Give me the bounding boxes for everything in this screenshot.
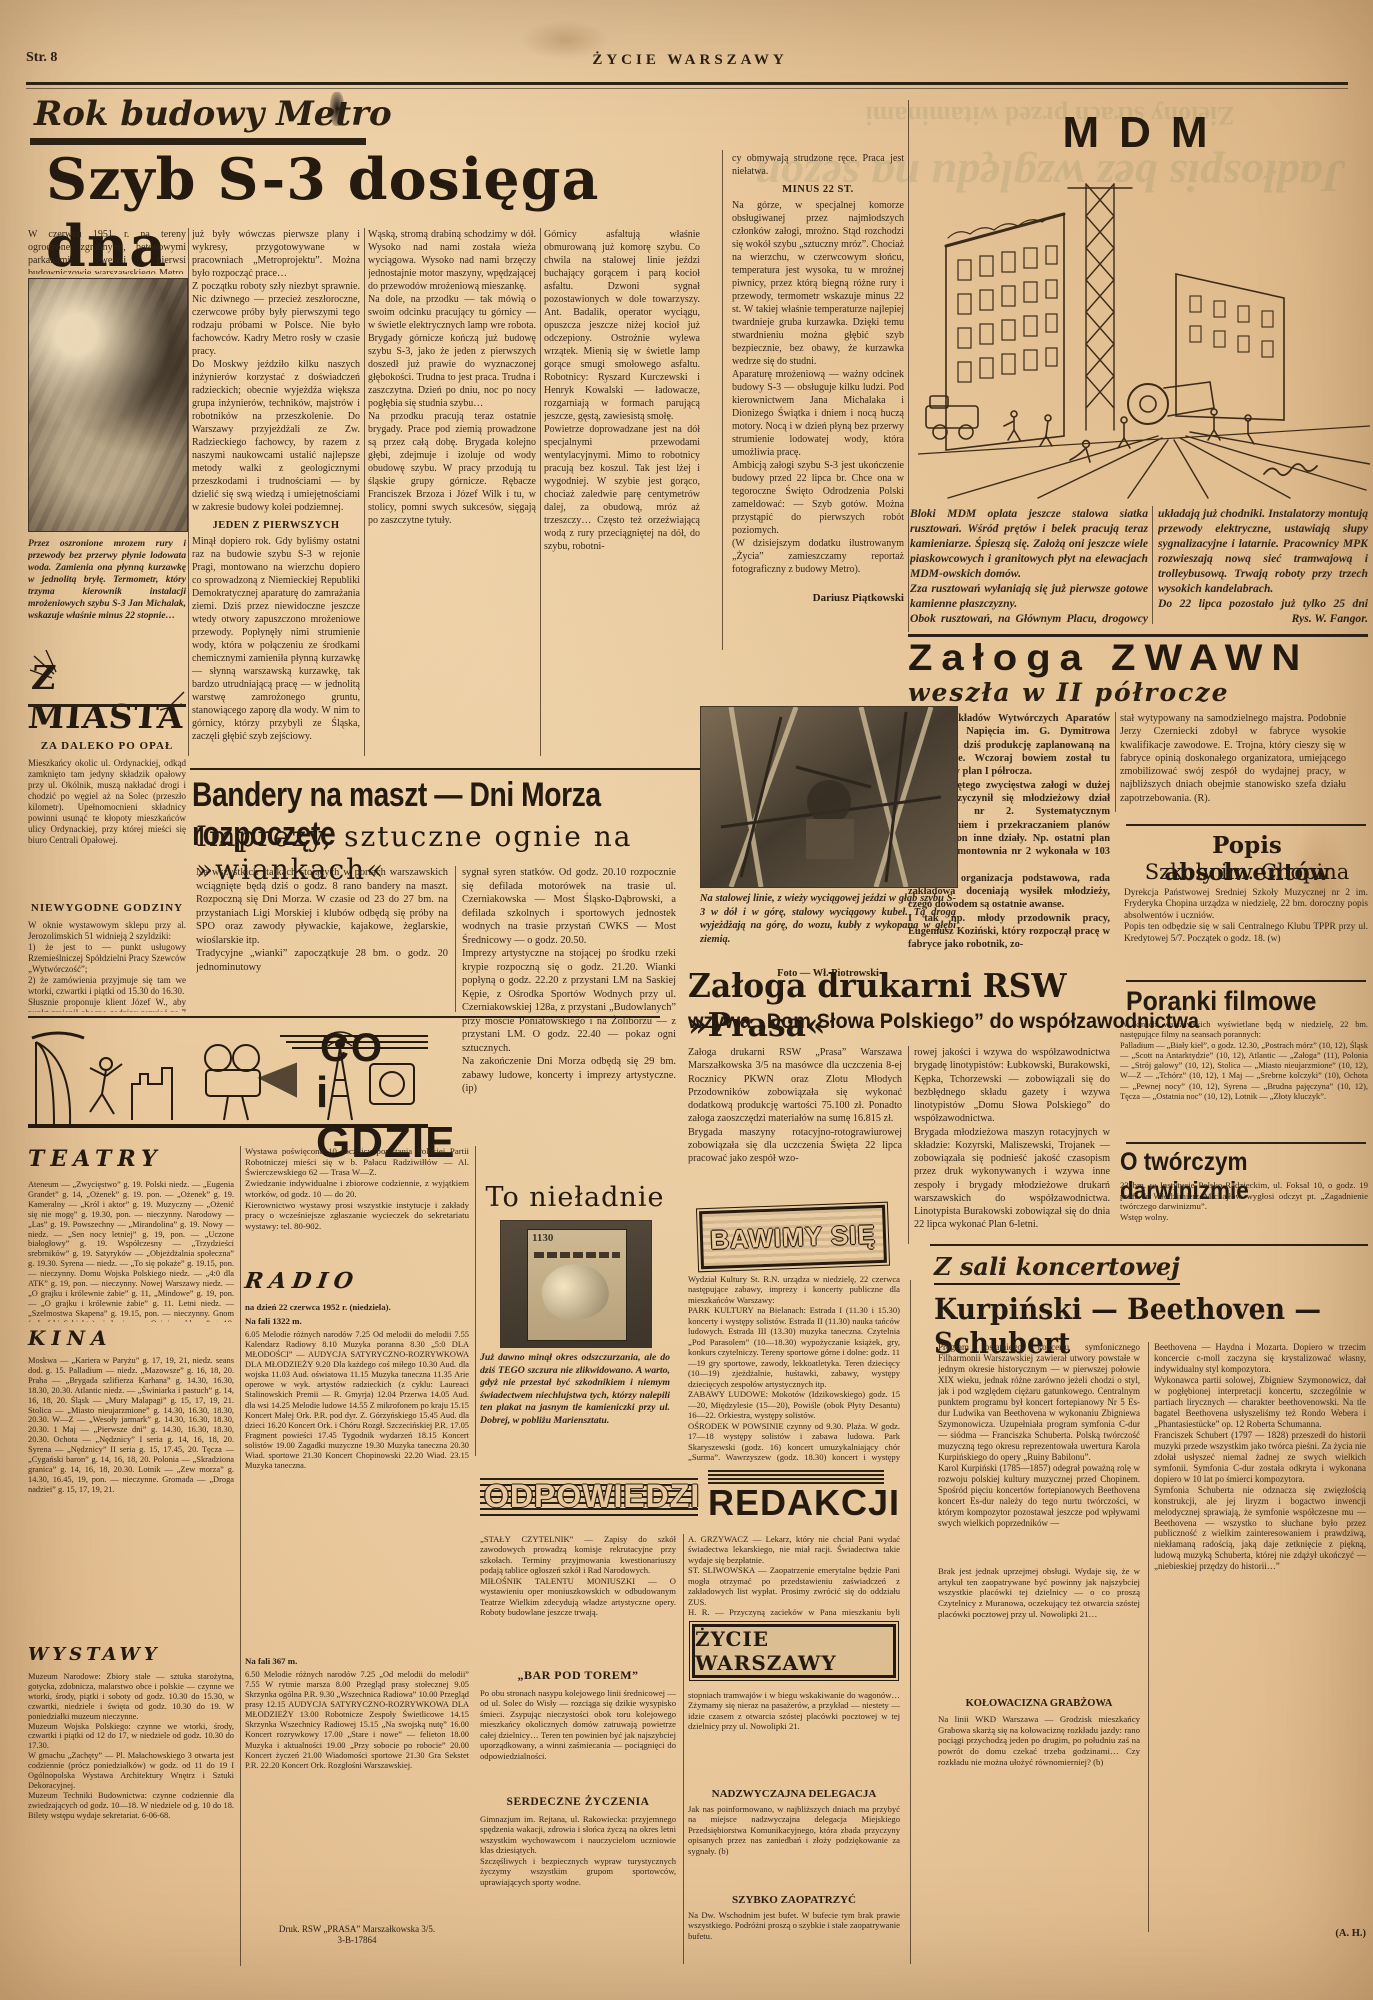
mdm-caption-right: układają już chodniki. Instalatorzy mont… bbox=[1158, 506, 1368, 610]
zwawn-subhead: weszła w II półrocze bbox=[908, 678, 1229, 707]
metro-kicker-underline bbox=[30, 138, 366, 145]
teatry-listings: Ateneum — „Zwycięstwo” g. 19. Polski nie… bbox=[28, 1180, 234, 1322]
odpowiedzi-banner-word1: ODPOWIEDZI bbox=[484, 1478, 700, 1515]
zaopatrzyc-header: SZYBKO ZAOPATRZYĆ bbox=[688, 1894, 900, 1906]
column-rule bbox=[455, 866, 456, 1012]
poranki-body: W kinach warszawskich wyświetlane będą w… bbox=[1120, 1020, 1368, 1136]
zmiasta-banner: ​ Z MIASTA bbox=[28, 648, 186, 714]
radio-date: na dzień 22 czerwca 1952 r. (niedziela). bbox=[245, 1302, 469, 1313]
metro-subhead-jeden: JEDEN Z PIERWSZYCH bbox=[192, 520, 360, 531]
bar-pod-torem-body: Po obu stronach nasypu kolejowego linii … bbox=[480, 1688, 676, 1788]
koncert-kicker: Z sali koncertowej bbox=[934, 1252, 1180, 1285]
zmiasta-body-1: Mieszkańcy okolic ul. Ordynackiej, odkąd… bbox=[28, 758, 186, 898]
radio-wave-1: Na fali 1322 m. bbox=[245, 1316, 302, 1326]
metro-column-2: już były wówczas pierwsze plany i wykres… bbox=[192, 228, 360, 758]
mdm-street-drawing bbox=[918, 168, 1370, 500]
darwin-body: 23 bm. w Instytucie Polsko-Radzieckim, u… bbox=[1120, 1180, 1368, 1236]
zmiasta-subhead-2: NIEWYGODNE GODZINY bbox=[28, 902, 186, 914]
column-rule bbox=[722, 150, 723, 650]
zmiasta-body-2: W oknie wystawowym sklepu przy al. Jeroz… bbox=[28, 920, 186, 1012]
metro-col2-text-a: już były wówczas pierwsze plany i wykres… bbox=[192, 228, 360, 514]
metro-col5-text-a: cy obmywają strudzone ręce. Praca jest n… bbox=[732, 152, 904, 178]
header-rule-thin bbox=[26, 88, 1348, 89]
section-rule bbox=[930, 1244, 1368, 1246]
metro-col5-text-b: Na górze, w specjalnej komorze obsługiwa… bbox=[732, 199, 904, 576]
delegacja-body: Jak nas poinformowano, w najbliższych dn… bbox=[688, 1804, 900, 1888]
prasa-column-1: Załoga drukarni RSW „Prasa” Warszawa Mar… bbox=[688, 1046, 902, 1204]
column-rule bbox=[188, 228, 189, 756]
metro-kicker: Rok budowy Metro bbox=[34, 94, 392, 134]
wystawy-header: WYSTAWY bbox=[28, 1644, 161, 1665]
metro-column-4: Górnicy asfaltują właśnie obmurowaną już… bbox=[544, 228, 700, 755]
chopin-body: Dyrekcja Państwowej Średniej Szkoły Muzy… bbox=[1124, 888, 1368, 976]
tonieladnie-header: To nieładnie bbox=[482, 1182, 668, 1213]
kina-header: KINA bbox=[28, 1326, 113, 1350]
mdm-headline: MDM bbox=[930, 108, 1360, 158]
metro-intro: W czerwcu 1951 r. na tereny ogrodzone zg… bbox=[28, 228, 186, 274]
koncert-note: Brak jest jednak uprzejmej obsługi. Wyda… bbox=[938, 1566, 1140, 1690]
bandery-column-1: Na wszystkich statkach stojących w porta… bbox=[196, 866, 448, 1014]
odpowiedzi-column-1: „STAŁY CZYTELNIK” — Zapisy do szkół zawo… bbox=[480, 1534, 676, 1662]
koncert-column-1: Program ostatniego koncertu symfoniczneg… bbox=[938, 1342, 1140, 1558]
column-rule bbox=[908, 1046, 909, 1244]
koncert-byline: (A. H.) bbox=[1154, 1928, 1366, 1939]
coigdzie-text-co: CO bbox=[320, 1026, 384, 1071]
crane-photo bbox=[700, 706, 958, 888]
workers-photo-caption: Przez oszronione mrozem rury i przewody … bbox=[28, 538, 186, 640]
odpowiedzi-column-2: A. GRZYWACZ — Lekarz, który nie chciał P… bbox=[688, 1534, 900, 1618]
sidebar-rule bbox=[1126, 980, 1366, 982]
masthead-title: ŻYCIE WARSZAWY bbox=[560, 52, 820, 69]
odpowiedzi-banner: ODPOWIEDZI REDAKCJI bbox=[480, 1470, 884, 1524]
kina-listings: Moskwa — „Kariera w Paryżu” g. 17, 19, 2… bbox=[28, 1356, 234, 1638]
metro-col2-text-b: Minął dopiero rok. Gdy byliśmy ostatni r… bbox=[192, 535, 360, 743]
zaopatrzyc-body: Na Dw. Wschodnim jest bufet. W bufecie t… bbox=[688, 1910, 900, 1964]
imprint: Druk. RSW „PRASA” Marszałkowska 3/5. 3-B… bbox=[245, 1924, 469, 1946]
radio-program-1: 6.05 Melodie różnych narodów 7.25 Od mel… bbox=[245, 1330, 469, 1652]
radio-wave-2: Na fali 367 m. bbox=[245, 1656, 297, 1666]
zwawn-headline: Załoga ZWAWN bbox=[908, 638, 1370, 679]
bawimy-body: Wydział Kultury St. R.N. urządza w niedz… bbox=[688, 1274, 900, 1464]
bawimy-logo: BAWIMY SIĘ bbox=[699, 1205, 887, 1269]
column-rule bbox=[1115, 712, 1116, 812]
zwawn-column-2: stał wytypowany na samodzielnego majstra… bbox=[1120, 712, 1346, 816]
bawimy-logo-text: BAWIMY SIĘ bbox=[710, 1219, 877, 1256]
koncert-column-2: Beethovena — Haydna i Mozarta. Dopiero w… bbox=[1154, 1342, 1366, 1922]
zyczenia-header: SERDECZNE ŻYCZENIA bbox=[480, 1796, 676, 1808]
bar-pod-torem-header: „BAR POD TOREM” bbox=[480, 1668, 676, 1683]
wystawy-listings: Muzeum Narodowe: Zbiory stałe — sztuka s… bbox=[28, 1672, 234, 1972]
metro-column-5: cy obmywają strudzone ręce. Praca jest n… bbox=[732, 152, 904, 588]
mdm-credit: Rys. W. Fangor. bbox=[1158, 612, 1368, 625]
metro-byline: Dariusz Piątkowski bbox=[732, 592, 904, 604]
zmiasta-subhead-1: ZA DALEKO PO OPAŁ bbox=[28, 740, 186, 752]
zw-mini-masthead-box: ŻYCIE WARSZAWY bbox=[692, 1624, 896, 1678]
rat-poster-photo: 1130 bbox=[500, 1220, 652, 1348]
ppr-exhibit-note: Wystawa poświęcona 10 rocznicy powstania… bbox=[245, 1146, 469, 1264]
page-number: Str. 8 bbox=[26, 50, 57, 66]
tram-note: stopniach tramwajów i w biegu wskakiwani… bbox=[688, 1690, 900, 1782]
rat-figure bbox=[536, 1257, 614, 1327]
sidebar-rule bbox=[1126, 824, 1366, 826]
column-rule bbox=[475, 1146, 476, 1456]
metro-column-3: Wąską, stromą drabiną schodzimy w dół. W… bbox=[368, 228, 536, 758]
column-rule bbox=[1148, 1342, 1149, 1932]
column-rule bbox=[910, 1280, 911, 1964]
section-rule bbox=[28, 1016, 660, 1018]
coigdzie-banner: CO i GDZIE bbox=[28, 1024, 458, 1136]
sidebar-rule bbox=[1126, 1142, 1366, 1144]
poster-number: 1130 bbox=[528, 1230, 626, 1246]
header-rule bbox=[26, 82, 1348, 85]
mdm-caption-left: Bloki MDM oplata jeszcze stalowa siatka … bbox=[910, 506, 1148, 630]
metro-subhead-minus22: MINUS 22 ST. bbox=[732, 184, 904, 195]
kolowacizna-body: Na linii WKD Warszawa — Grodzisk mieszka… bbox=[938, 1714, 1140, 1854]
tonieladnie-caption: Już dawno minął okres odszczurzania, ale… bbox=[480, 1352, 670, 1464]
column-rule bbox=[240, 1146, 241, 1966]
chopin-headline-2: Szkoły im. Chopina bbox=[1126, 860, 1368, 884]
kolowacizna-header: KOŁOWACIZNA GRABŻOWA bbox=[938, 1698, 1140, 1709]
prasa-column-2: rowej jakości i wzywa do współzawodnictw… bbox=[914, 1046, 1110, 1246]
column-rule bbox=[540, 228, 541, 756]
column-rule bbox=[364, 228, 365, 756]
teatry-header: TEATRY bbox=[28, 1146, 163, 1172]
crane-photo-caption: Na stalowej linie, z wieży wyciągowej je… bbox=[700, 892, 956, 968]
zmiasta-banner-text: Z MIASTA bbox=[27, 658, 190, 736]
prasa-subhead: wzywa „Dom Słowa Polskiego” do współzawo… bbox=[688, 1010, 1220, 1034]
bandery-top-rule bbox=[190, 768, 722, 770]
bandery-column-2: sygnał syren statków. Od godz. 20.10 roz… bbox=[462, 866, 676, 1148]
newspaper-page: Zielony strach przed witaminami Jadłospi… bbox=[0, 0, 1373, 2000]
zwawn-top-rule bbox=[908, 634, 1368, 637]
radio-header: RADIO bbox=[243, 1268, 361, 1294]
workers-photo bbox=[28, 278, 188, 532]
zyczenia-body: Gimnazjum im. Rejtana, ul. Rakowiecka: p… bbox=[480, 1814, 676, 1964]
odpowiedzi-banner-word2: REDAKCJI bbox=[708, 1482, 900, 1524]
column-rule bbox=[683, 1534, 684, 1964]
radio-program-2: 6.50 Melodie różnych narodów 7.25 „Od me… bbox=[245, 1670, 469, 1910]
section-rule-vertical bbox=[908, 100, 909, 632]
delegacja-header: NADZWYCZAJNA DELEGACJA bbox=[688, 1788, 900, 1800]
zw-mini-masthead-text: ŻYCIE WARSZAWY bbox=[695, 1627, 893, 1675]
caption-rule bbox=[1152, 506, 1153, 624]
